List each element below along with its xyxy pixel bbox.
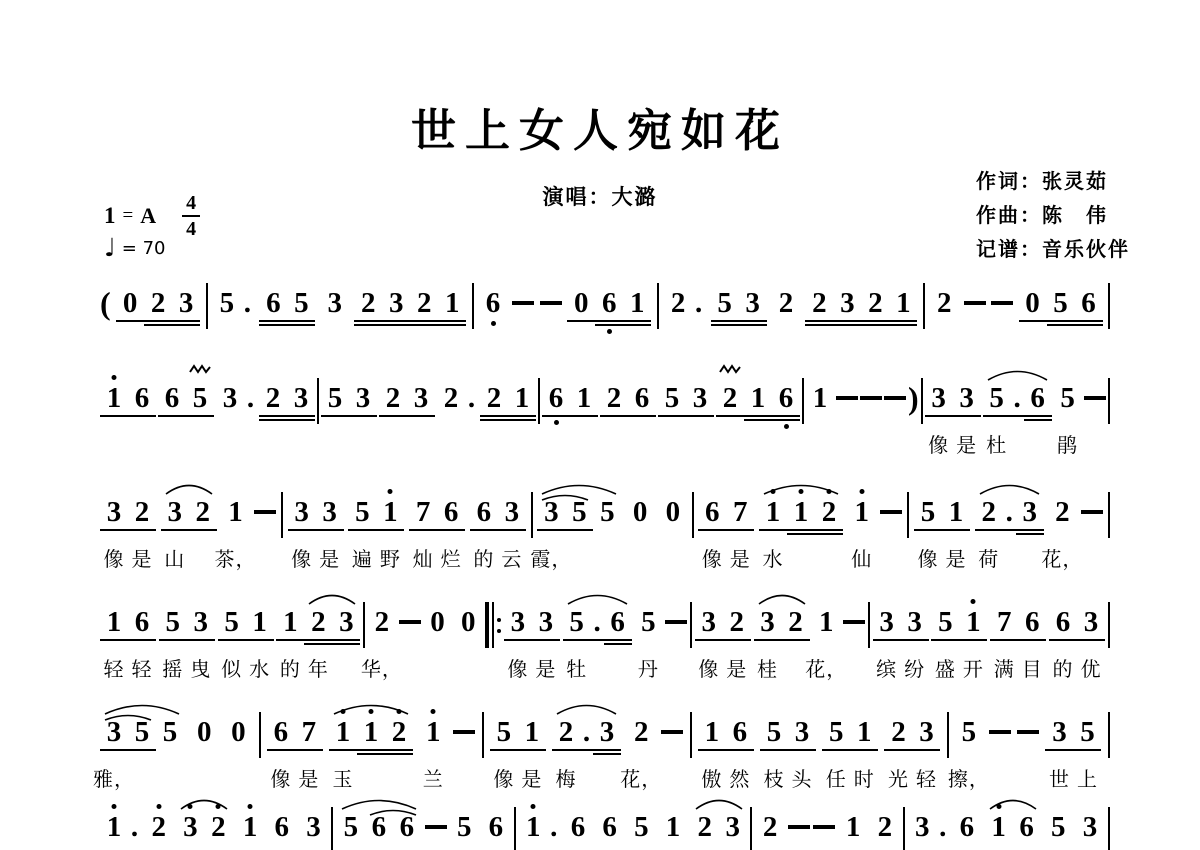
note-char: 3 — [739, 288, 767, 318]
note-group: 65 — [158, 383, 214, 417]
beam-segment: 23 — [259, 383, 315, 421]
beam-segment: 6 — [596, 812, 624, 842]
note-char: 2 — [884, 717, 912, 747]
note-row: 1 — [759, 497, 787, 527]
score-line-2: 16653.2353232.216126532161)33像是5.6杜5鹃 — [100, 369, 1110, 430]
note-char: 5 — [565, 497, 593, 527]
note-char: 6 — [268, 812, 296, 842]
beam-segment: 6 — [604, 607, 632, 645]
note-row: 1 — [839, 812, 867, 842]
note-char: 2 — [664, 288, 692, 318]
note-group: 51像是 — [914, 497, 970, 531]
note-group: 61 — [542, 383, 598, 426]
beam-segment: 1 — [276, 607, 304, 645]
note-group: 3 — [1076, 812, 1104, 842]
note-char: 5 — [213, 288, 241, 318]
note-char: 2 — [716, 383, 744, 413]
augmentation-dot: . — [591, 607, 604, 637]
note-row: 53 — [658, 383, 714, 413]
note-group: 33缤纷 — [873, 607, 929, 641]
beam-underline — [914, 529, 970, 531]
repeat-dot — [497, 629, 501, 633]
beam-segment: 65 — [259, 288, 315, 326]
lyric-char: 是 — [132, 543, 153, 572]
note-row: 0 — [626, 497, 654, 527]
note-row: 23 — [884, 717, 940, 747]
lyric-char: 上 — [1077, 763, 1098, 792]
note-char: 3 — [100, 497, 128, 527]
note-row: 32 — [695, 607, 751, 637]
note-group: 32山 — [161, 497, 217, 531]
beam-underline — [1047, 320, 1103, 322]
lyric-char: 云 — [501, 543, 522, 572]
octave-dot-high — [369, 709, 374, 714]
beam-segment: 0 — [423, 607, 451, 637]
beam-underline — [329, 749, 357, 751]
lyric-char: 野 — [380, 543, 401, 572]
note-char: 2 — [145, 812, 173, 842]
lyric-char: 盛 — [935, 653, 956, 682]
beam-segment: 2 — [627, 717, 655, 747]
beam-segment: 0 — [454, 607, 482, 637]
note-char: 3 — [187, 607, 215, 637]
lyric-char: 华， — [361, 653, 403, 682]
barline — [514, 807, 516, 850]
note-group: 3 — [321, 288, 349, 318]
beam-segment: 32 — [754, 607, 810, 641]
barline — [482, 712, 484, 758]
open-paren: ( — [100, 287, 111, 319]
lyric-char: 像 — [702, 543, 723, 572]
beam-segment: 1. — [100, 812, 141, 842]
lyric-char: 傲 — [701, 763, 722, 792]
lyric-char: 丹 — [638, 653, 659, 682]
beam-segment: 2321 — [354, 288, 466, 326]
duration-dash — [813, 825, 835, 829]
note-row: 35 — [100, 717, 156, 747]
beam-underline — [161, 529, 217, 531]
lyric-char: 梅 — [556, 763, 577, 792]
lyric-char: 牡 — [566, 653, 587, 682]
beam-underline — [480, 415, 536, 417]
note-row: 23 — [259, 383, 315, 413]
note-char: 0 — [567, 288, 595, 318]
note-row: 35 — [1045, 717, 1101, 747]
note-char: 6 — [365, 812, 393, 842]
note-char: 3 — [788, 717, 816, 747]
duration-dash — [788, 825, 810, 829]
note-char: 2 — [379, 383, 407, 413]
beam-underline — [100, 529, 156, 531]
note-char: 7 — [295, 717, 323, 747]
note-row: 76 — [990, 607, 1046, 637]
beam-segment: 35 — [1045, 717, 1101, 751]
note-char: 2 — [259, 383, 287, 413]
lyric-char: 杜 — [986, 429, 1007, 458]
slur-arc — [340, 795, 418, 811]
note-group: 1花， — [812, 607, 840, 637]
beam-underline — [354, 324, 466, 326]
beam-segment: 3. — [216, 383, 257, 413]
note-row: 1 — [806, 383, 834, 413]
lyric-char: 是 — [956, 429, 977, 458]
note-char: 6 — [1024, 383, 1052, 413]
lyric-char: 像 — [291, 543, 312, 572]
barline — [1108, 807, 1110, 850]
note-group: 2.3梅 — [552, 717, 621, 755]
note-char: 1 — [357, 717, 385, 747]
note-group: 6 — [564, 812, 592, 842]
augmentation-dot: . — [1003, 497, 1016, 527]
beam-underline — [975, 529, 1016, 531]
note-row: 5 — [593, 497, 621, 527]
note-char: 2 — [552, 717, 580, 747]
lyric-char: 茶， — [214, 543, 256, 572]
beam-underline — [754, 639, 810, 641]
note-group: 63的云 — [470, 497, 526, 531]
note-char: 6 — [259, 288, 287, 318]
lyric-char: 桂 — [757, 653, 778, 682]
beam-segment: 1 — [848, 497, 876, 527]
note-char: 6 — [726, 717, 754, 747]
note-char: 0 — [423, 607, 451, 637]
beam-underline — [470, 529, 526, 531]
note-char: 1 — [570, 383, 598, 413]
note-char: 6 — [470, 497, 498, 527]
note-char: 3 — [1016, 497, 1044, 527]
note-char: 6 — [128, 383, 156, 413]
beam-segment: 53 — [760, 717, 816, 751]
beam-underline — [990, 639, 1046, 641]
note-row: 5. — [563, 607, 604, 637]
beam-segment: 51 — [822, 717, 878, 751]
note-char: 3 — [504, 607, 532, 637]
barline — [531, 492, 533, 538]
lyric-char: 灿 — [413, 543, 434, 572]
lyric-char: 遍 — [352, 543, 373, 572]
barline — [1108, 712, 1110, 758]
note-char: 2 — [189, 497, 217, 527]
beam-segment: 23 — [691, 812, 747, 842]
beam-segment: 1 — [659, 812, 687, 842]
note-group: 6 — [482, 812, 510, 842]
note-char: 3 — [299, 812, 327, 842]
note-char: 2 — [815, 497, 843, 527]
note-group: 2 — [756, 812, 784, 842]
note-row: 3 — [321, 288, 349, 318]
note-row: 33 — [504, 607, 560, 637]
beam-segment: 1. — [519, 812, 560, 842]
lyric-char: 花， — [1041, 543, 1083, 572]
barline — [690, 712, 692, 758]
slur-arc — [566, 590, 629, 606]
note-row: 51 — [218, 607, 274, 637]
beam-segment: 51 — [348, 497, 404, 531]
note-group: 51任时 — [822, 717, 878, 751]
note-row: 6 — [564, 812, 592, 842]
beam-segment: 65 — [158, 383, 214, 417]
beam-underline — [357, 753, 413, 755]
composer-credit: 作曲：陈 伟 — [976, 198, 1130, 232]
lyric-char: 像 — [507, 653, 528, 682]
note-row: 0 — [1019, 288, 1047, 318]
augmentation-dot: . — [241, 288, 254, 318]
note-group: 51像是 — [490, 717, 546, 751]
duration-dash — [254, 510, 276, 514]
note-group: 123的年 — [276, 607, 360, 645]
slur-arc — [986, 366, 1049, 382]
note-row: 3. — [216, 383, 257, 413]
note-char: 5 — [760, 717, 788, 747]
beam-underline — [600, 415, 656, 417]
beam-underline — [698, 529, 754, 531]
beam-segment: 2. — [552, 717, 593, 755]
beam-underline — [1024, 415, 1052, 417]
note-char: 1 — [438, 288, 466, 318]
repeat-start-sign — [485, 602, 501, 648]
note-char: 6 — [542, 383, 570, 413]
barline — [921, 378, 923, 424]
notation-credit: 记谱：音乐伙伴 — [976, 232, 1130, 266]
note-group: 355雅， — [100, 717, 184, 751]
beam-segment: 5. — [213, 288, 254, 318]
note-group: 112水 — [759, 497, 843, 535]
note-char: 1 — [985, 812, 1013, 842]
note-char: 5 — [159, 607, 187, 637]
note-char: 1 — [698, 717, 726, 747]
beam-underline — [716, 415, 744, 417]
beam-segment: 32 — [100, 497, 156, 531]
key-signature: 1 = A 4 4 — [104, 192, 200, 240]
note-char: 1 — [276, 607, 304, 637]
beam-segment: 32 — [695, 607, 751, 641]
duration-dash — [399, 620, 421, 624]
lyric-char: 烂 — [441, 543, 462, 572]
note-row: 63 — [1049, 607, 1105, 637]
note-char: 6 — [1018, 607, 1046, 637]
note-row: 0 — [423, 607, 451, 637]
barline — [281, 492, 283, 538]
note-row: 0 — [567, 288, 595, 318]
note-group: 2花， — [1048, 497, 1076, 527]
note-row: 1 — [812, 607, 840, 637]
beam-segment: 51 — [914, 497, 970, 531]
note-group: 16 — [100, 383, 156, 417]
duration-dash — [661, 730, 683, 734]
beam-segment: 2 — [930, 288, 958, 318]
barline — [692, 492, 694, 538]
note-group: 23 — [259, 383, 315, 421]
note-char: 3 — [901, 607, 929, 637]
note-char: 6 — [1075, 288, 1103, 318]
note-group: 2花， — [627, 717, 655, 747]
beam-segment: 1 — [236, 812, 264, 842]
barline — [868, 602, 870, 648]
note-group: 63的优 — [1049, 607, 1105, 641]
octave-dot-high — [388, 489, 393, 494]
note-char: 3 — [382, 288, 410, 318]
beam-segment: 2 — [756, 812, 784, 842]
note-row: 26 — [600, 383, 656, 413]
note-char: 3 — [287, 383, 315, 413]
note-row: 6 — [393, 812, 421, 842]
note-char: 5 — [128, 717, 156, 747]
octave-dot-high — [771, 489, 776, 494]
augmentation-dot: . — [465, 383, 478, 413]
beam-segment: 5 — [1044, 812, 1072, 842]
note-char: 3 — [537, 497, 565, 527]
octave-dot-cell — [542, 419, 570, 426]
augmentation-dot: . — [580, 717, 593, 747]
augmentation-dot: . — [547, 812, 560, 842]
beam-segment: 3 — [321, 288, 349, 318]
close-paren: ) — [908, 382, 919, 414]
barline — [538, 378, 540, 424]
slur-arc — [307, 590, 357, 606]
beam-underline — [593, 753, 621, 755]
note-group: 2 — [871, 812, 899, 842]
beam-segment: 6 — [393, 812, 421, 842]
note-row: 53 — [760, 717, 816, 747]
note-row: 2 — [368, 607, 396, 637]
duration-dash — [512, 301, 534, 305]
note-row: 67 — [267, 717, 323, 747]
beam-segment: 5. — [563, 607, 604, 645]
note-row: 2 — [871, 812, 899, 842]
beam-underline — [218, 639, 274, 641]
beam-underline — [695, 639, 751, 641]
note-char: 5 — [1044, 812, 1072, 842]
beam-underline — [787, 533, 843, 535]
note-row: 51 — [931, 607, 987, 637]
duration-dash — [836, 396, 858, 400]
note-char: 1 — [848, 497, 876, 527]
beam-underline — [259, 415, 315, 417]
beam-segment: 35 — [100, 717, 156, 751]
beam-segment: 16 — [100, 607, 156, 641]
note-group: 2321 — [805, 288, 917, 326]
note-group: 1仙 — [848, 497, 876, 527]
note-char: 2 — [204, 812, 232, 842]
slur-arc — [694, 795, 744, 811]
note-char: 3 — [498, 497, 526, 527]
note-group: 1 — [236, 812, 264, 842]
beam-segment: 2 — [716, 383, 744, 430]
duration-dash — [991, 301, 1013, 305]
lyric-char: 然 — [729, 763, 750, 792]
note-group: 2华， — [368, 607, 396, 637]
lyric-char: 像 — [698, 653, 719, 682]
beam-segment: 0 — [190, 717, 218, 747]
note-char: 6 — [482, 812, 510, 842]
lyric-char: 鹃 — [1057, 429, 1078, 458]
note-group: 67像是 — [698, 497, 754, 531]
lyric-char: 玉 — [333, 763, 354, 792]
note-char: 2 — [385, 717, 413, 747]
beam-segment: 16 — [100, 383, 156, 417]
note-group: 53枝头 — [760, 717, 816, 751]
note-char: 5 — [156, 717, 184, 747]
beam-segment: 16 — [744, 383, 800, 430]
note-group: 51似水 — [218, 607, 274, 641]
note-char: 3 — [321, 288, 349, 318]
note-char: 5 — [983, 383, 1011, 413]
note-row: 51 — [348, 497, 404, 527]
tempo-value: = 70 — [122, 238, 166, 259]
beam-segment: 51 — [218, 607, 274, 641]
note-row: 65 — [259, 288, 315, 318]
beam-underline — [595, 324, 651, 326]
note-char: 0 — [626, 497, 654, 527]
lyric-char: 开 — [963, 653, 984, 682]
lyric-char: 摇 — [162, 653, 183, 682]
note-char: 1 — [246, 607, 274, 637]
lyric-char: 像 — [493, 763, 514, 792]
beam-segment: 1 — [812, 607, 840, 637]
note-group: 32 — [176, 812, 232, 842]
note-group: 53 — [658, 383, 714, 417]
beam-underline — [144, 320, 200, 322]
beam-segment: 1 — [221, 497, 249, 527]
note-group: 32桂 — [754, 607, 810, 641]
beam-underline — [321, 415, 377, 417]
barline — [1108, 283, 1110, 329]
note-char: 3 — [407, 383, 435, 413]
note-row: 33 — [873, 607, 929, 637]
note-char: 3 — [176, 812, 204, 842]
octave-dot-high — [248, 804, 253, 809]
note-row: 32 — [161, 497, 217, 527]
barline — [907, 492, 909, 538]
beam-segment: 2321 — [805, 288, 917, 326]
lyric-char: 满 — [994, 653, 1015, 682]
lyric-char: 曳 — [190, 653, 211, 682]
note-row: 0 — [454, 607, 482, 637]
note-group: 3. — [908, 812, 949, 842]
beam-underline — [873, 639, 929, 641]
note-char: 5 — [914, 497, 942, 527]
note-row: 2 — [772, 288, 800, 318]
repeat-dot — [497, 618, 501, 622]
note-char: 2 — [410, 288, 438, 318]
lyric-char: 霞， — [530, 543, 572, 572]
note-row: 6 — [479, 288, 507, 318]
beam-underline — [822, 749, 878, 751]
beam-underline — [595, 320, 651, 322]
octave-dot-cell — [623, 328, 651, 335]
note-row: 5 — [955, 717, 983, 747]
note-group: 16轻轻 — [100, 607, 156, 641]
note-char: 5 — [563, 607, 591, 637]
lyric-char: 花， — [805, 653, 847, 682]
lyric-char: 的 — [1052, 653, 1073, 682]
note-row: 35 — [537, 497, 593, 527]
note-row: 33 — [925, 383, 981, 413]
mordent-icon — [189, 364, 211, 374]
note-group: 35世上 — [1045, 717, 1101, 751]
note-char: 1 — [221, 497, 249, 527]
note-row: 23 — [304, 607, 360, 637]
note-char: 6 — [393, 812, 421, 842]
note-char: 6 — [437, 497, 465, 527]
note-row: 6 — [482, 812, 510, 842]
note-char: 6 — [267, 717, 295, 747]
note-row: 2 — [627, 717, 655, 747]
lyric-char: 纷 — [904, 653, 925, 682]
beam-segment: 2 — [1048, 497, 1076, 527]
note-char: 5 — [348, 497, 376, 527]
slur-arc — [179, 795, 229, 811]
